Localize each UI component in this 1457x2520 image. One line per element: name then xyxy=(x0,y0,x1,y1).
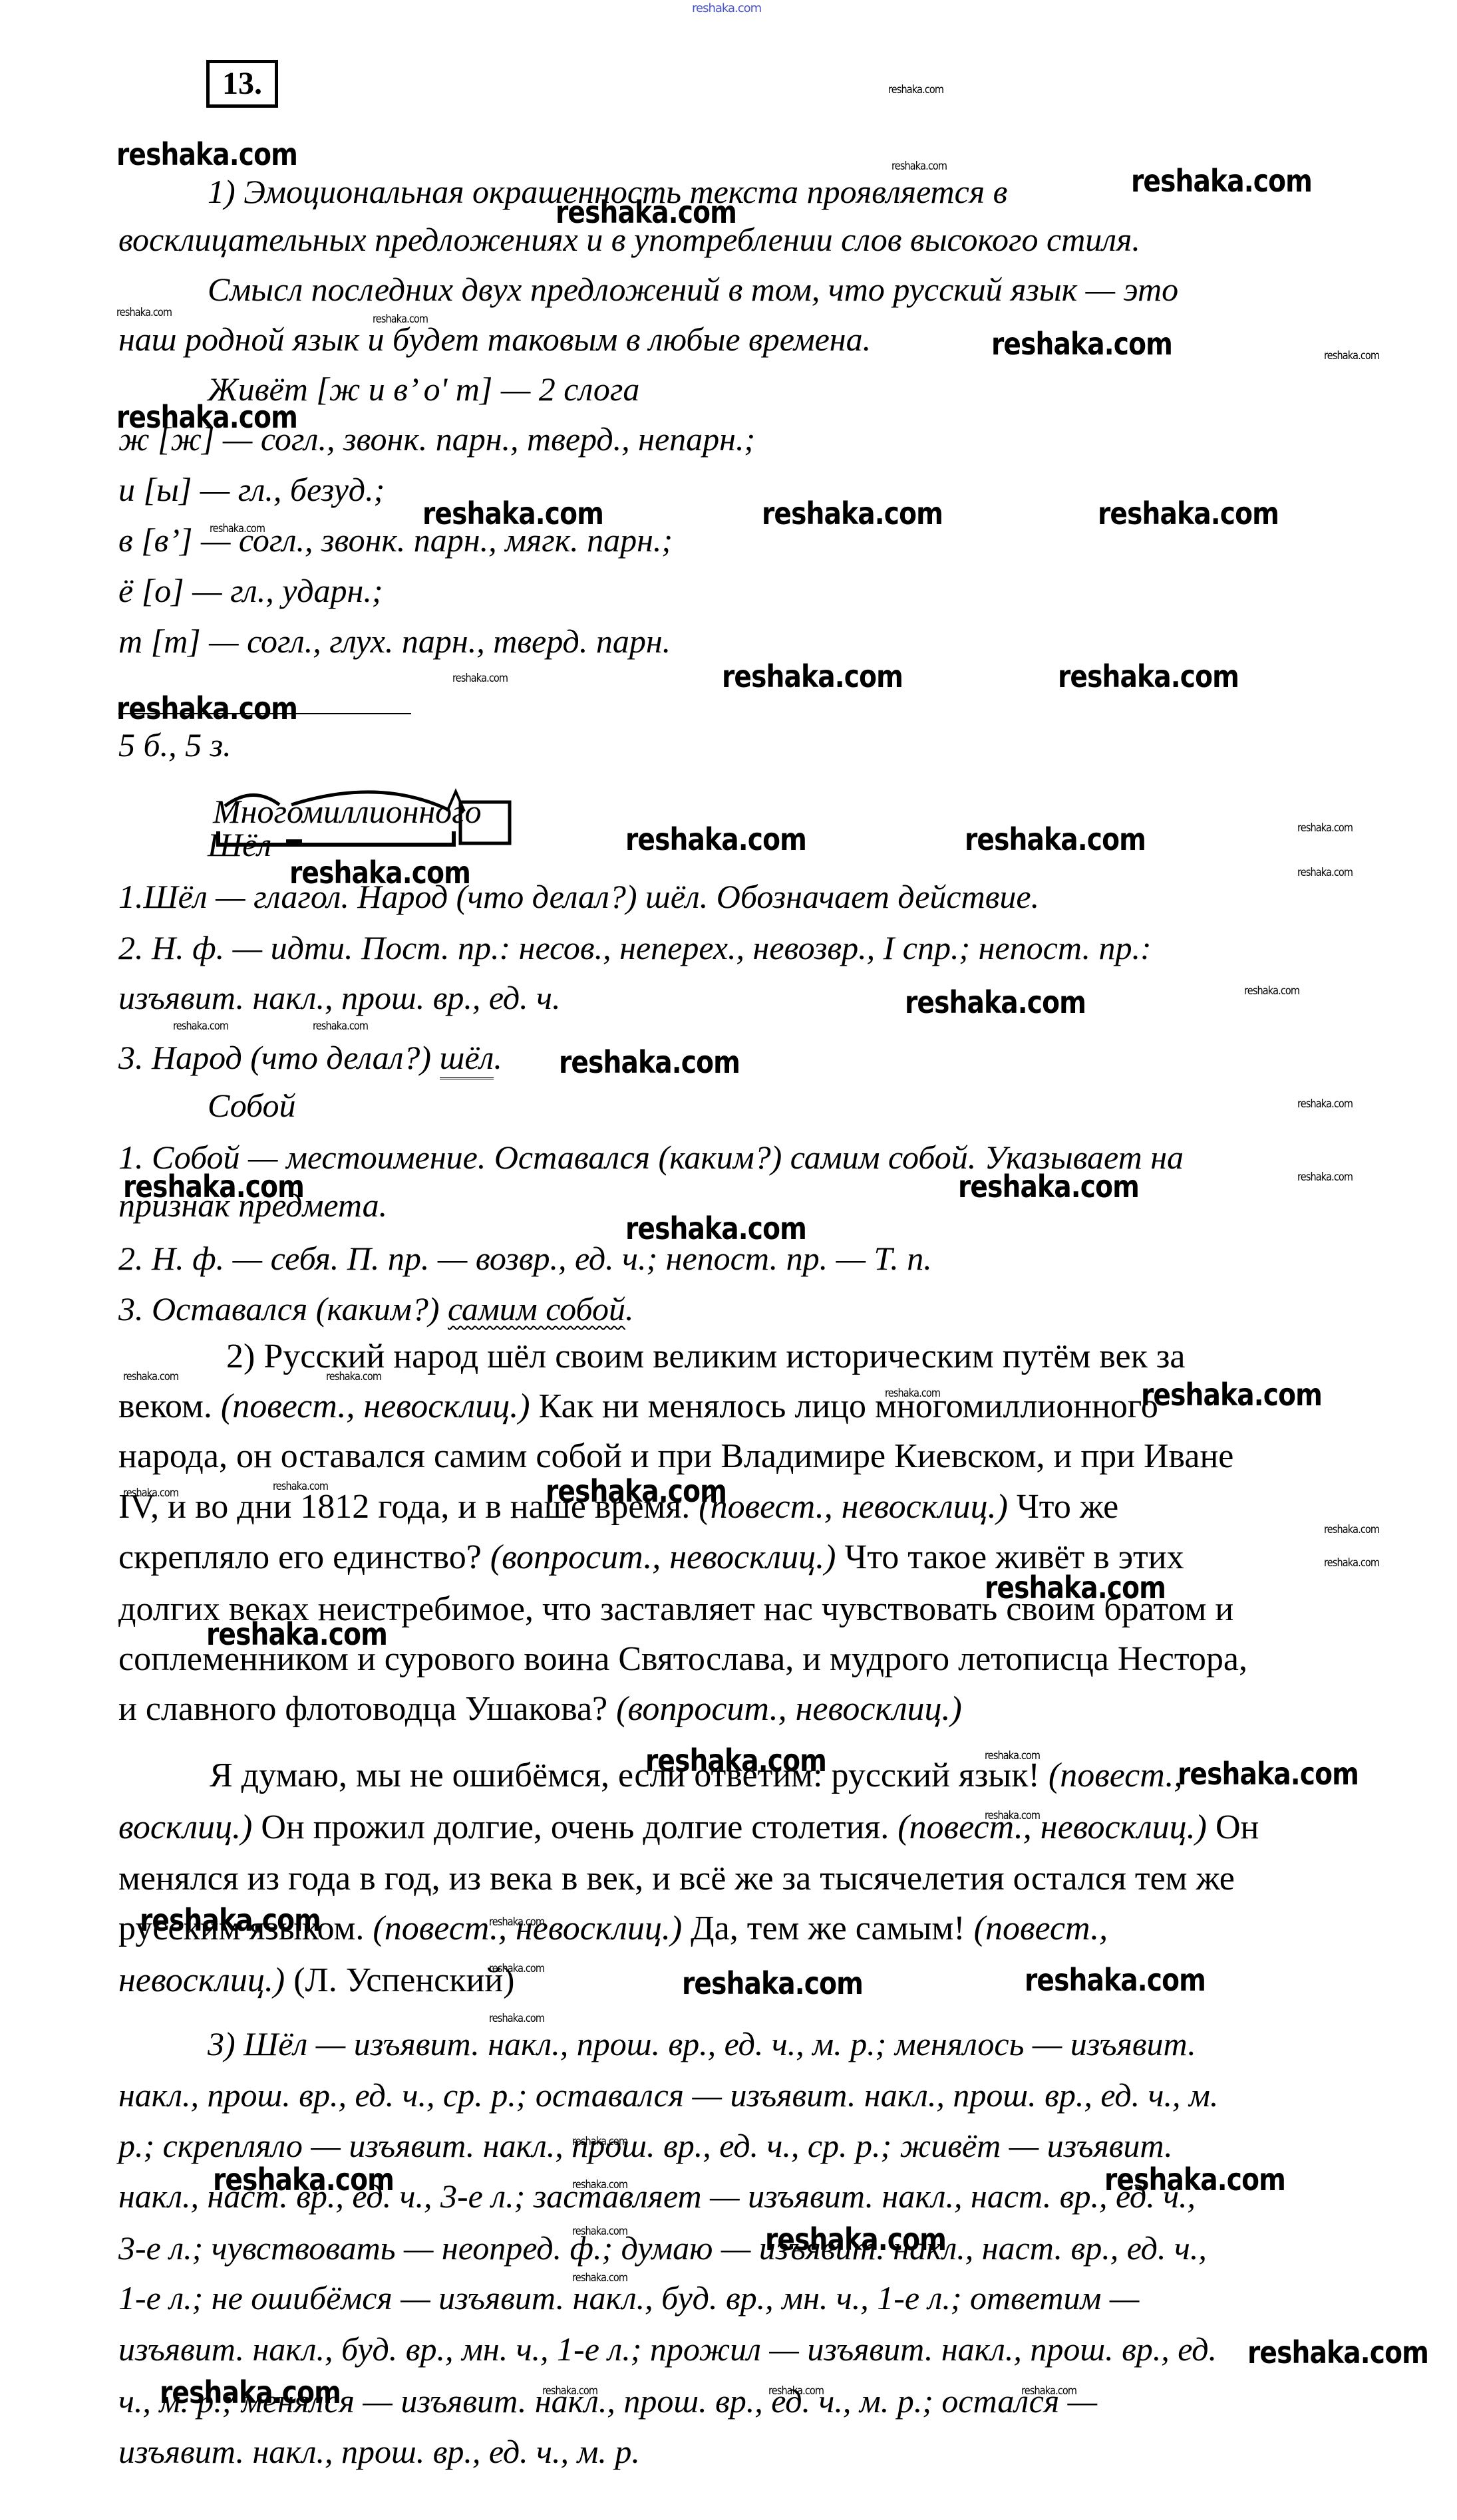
watermark: reshaka.com xyxy=(645,1743,826,1778)
watermark: reshaka.com xyxy=(965,821,1146,857)
verb-analysis-line: 3-е л.; чувствовать — неопред. ф.; думаю… xyxy=(118,2228,1207,2268)
watermark: reshaka.com xyxy=(1098,495,1279,531)
sentence-annotation: (повест., невосклиц.) xyxy=(699,1488,1008,1526)
watermark: reshaka.com xyxy=(546,1473,727,1509)
verb-analysis-line: р.; скрепляло — изъявит. накл., прош. вр… xyxy=(118,2126,1173,2166)
sentence-annotation: (вопросит., невосклиц.) xyxy=(490,1538,836,1576)
watermark: reshaka.com xyxy=(1324,1556,1379,1570)
sentence-annotation: восклиц.) xyxy=(118,1808,252,1846)
passage-line: народа, он оставался самим собой и при В… xyxy=(118,1437,1233,1476)
sentence-annotation: (вопросит., невосклиц.) xyxy=(616,1690,962,1728)
phonetic-row: и [ы] — гл., безуд.; xyxy=(118,470,385,509)
verb-analysis-line: изъявит. накл., прош. вр., ед. ч., м. р. xyxy=(118,2432,640,2471)
watermark: reshaka.com xyxy=(289,855,470,891)
phonetic-row: ё [о] — гл., ударн.; xyxy=(118,571,383,611)
watermark: reshaka.com xyxy=(572,2271,627,2285)
soboy-row-3-text: 3. Оставался (каким?) xyxy=(118,1290,448,1328)
passage-line: невосклиц.) (Л. Успенский) xyxy=(118,1961,515,2001)
sentence-annotation: (повест., невосклиц.) xyxy=(897,1808,1207,1846)
watermark: reshaka.com xyxy=(210,522,265,535)
watermark: reshaka.com xyxy=(542,2384,597,2398)
watermark: reshaka.com xyxy=(559,1044,740,1080)
soboy-row-3-end: . xyxy=(625,1290,634,1328)
watermark: reshaka.com xyxy=(891,160,947,173)
passage-text: Что же xyxy=(1008,1488,1118,1526)
watermark: reshaka.com xyxy=(313,1020,368,1033)
watermark: reshaka.com xyxy=(985,1570,1166,1606)
shel-row-3-end: . xyxy=(494,1039,502,1076)
soboy-row-3: 3. Оставался (каким?) самим собой. xyxy=(118,1289,633,1329)
watermark: reshaka.com xyxy=(116,690,297,726)
watermark: reshaka.com xyxy=(722,658,903,694)
watermark: reshaka.com xyxy=(905,984,1086,1020)
watermark: reshaka.com xyxy=(1297,1171,1353,1184)
watermark: reshaka.com xyxy=(489,1915,544,1929)
shel-title: Шёл xyxy=(208,825,271,865)
watermark: reshaka.com xyxy=(160,2374,341,2410)
verb-analysis-line: 3) Шёл — изъявит. накл., прош. вр., ед. … xyxy=(208,2024,1196,2064)
watermark: reshaka.com xyxy=(991,326,1172,362)
watermark: reshaka.com xyxy=(123,1169,304,1204)
watermark: reshaka.com xyxy=(572,2178,627,2191)
verb-analysis-line: изъявит. накл., буд. вр., мн. ч., 1-е л.… xyxy=(118,2329,1217,2369)
paragraph-2-line-1: Смысл последних двух предложений в том, … xyxy=(208,269,1178,309)
watermark: reshaka.com xyxy=(765,2221,946,2257)
watermark: reshaka.com xyxy=(116,136,297,172)
passage-text: (Л. Успенский) xyxy=(285,1961,514,1999)
watermark: reshaka.com xyxy=(682,1965,863,2001)
verb-analysis-line: 1-е л.; не ошибёмся — изъявит. накл., бу… xyxy=(118,2278,1139,2318)
sentence-annotation: невосклиц.) xyxy=(118,1961,285,1999)
passage-text: Он xyxy=(1207,1808,1259,1846)
passage-text: и славного флотоводца Ушакова? xyxy=(118,1690,616,1728)
watermark: reshaka.com xyxy=(572,2135,627,2148)
passage-text: веком. xyxy=(118,1387,221,1425)
watermark: reshaka.com xyxy=(452,672,508,685)
watermark: reshaka.com xyxy=(123,1370,178,1383)
watermark: reshaka.com xyxy=(1297,866,1353,879)
exercise-number: 13. xyxy=(206,60,278,108)
watermark: reshaka.com xyxy=(1058,658,1239,694)
passage-line: менялся из года в год, из века в век, и … xyxy=(118,1859,1235,1899)
shel-row-3: 3. Народ (что делал?) шёл. xyxy=(118,1038,502,1077)
soboy-row: 2. Н. ф. — себя. П. пр. — возвр., ед. ч.… xyxy=(118,1238,932,1278)
watermark: reshaka.com xyxy=(1297,821,1353,835)
watermark: reshaka.com xyxy=(206,1616,387,1652)
watermark: reshaka.com xyxy=(1021,2384,1076,2398)
sentence-annotation: (повест., невосклиц.) xyxy=(221,1387,530,1425)
watermark: reshaka.com xyxy=(625,821,806,857)
watermark: reshaka.com xyxy=(140,1902,321,1938)
shel-row-3-text: 3. Народ (что делал?) xyxy=(118,1039,440,1076)
sentence-annotation: (повест., xyxy=(974,1909,1108,1947)
predicate-underlined: шёл xyxy=(440,1039,494,1079)
watermark: reshaka.com xyxy=(273,1480,328,1493)
watermark: reshaka.com xyxy=(572,2225,627,2238)
passage-text: скрепляло его единство? xyxy=(118,1538,490,1576)
watermark: reshaka.com xyxy=(958,1169,1139,1204)
watermark: reshaka.com xyxy=(1025,1962,1206,1998)
watermark: reshaka.com xyxy=(985,1749,1040,1762)
passage-text: Он прожил долгие, очень долгие столетия. xyxy=(252,1808,897,1846)
watermark: reshaka.com xyxy=(213,2162,394,2197)
watermark: reshaka.com xyxy=(1297,1097,1353,1111)
watermark: reshaka.com xyxy=(762,495,943,531)
watermark: reshaka.com xyxy=(625,1210,806,1246)
shel-row: 2. Н. ф. — идти. Пост. пр.: несов., непе… xyxy=(118,928,1152,968)
watermark: reshaka.com xyxy=(326,1370,381,1383)
passage-line: восклиц.) Он прожил долгие, очень долгие… xyxy=(118,1808,1259,1848)
watermark: reshaka.com xyxy=(489,2012,544,2025)
shel-row: 1.Шёл — глагол. Народ (что делал?) шёл. … xyxy=(118,877,1039,916)
sentence-annotation: (повест., xyxy=(1049,1756,1183,1794)
passage-text: Я думаю, мы не ошибёмся, если ответим: р… xyxy=(210,1756,1049,1794)
phonetic-total: 5 б., 5 з. xyxy=(118,725,232,765)
watermark: reshaka.com xyxy=(885,1387,940,1400)
passage-text: народа, он оставался самим собой и при В… xyxy=(118,1437,1233,1475)
watermark: reshaka.com xyxy=(422,495,603,531)
watermark-top: reshaka.com xyxy=(692,1,761,15)
passage-line: веком. (повест., невосклиц.) Как ни меня… xyxy=(118,1387,1158,1427)
verb-analysis-line: накл., прош. вр., ед. ч., ср. р.; остава… xyxy=(118,2075,1218,2115)
watermark: reshaka.com xyxy=(556,194,736,230)
passage-text: менялся из года в год, из века в век, и … xyxy=(118,1860,1235,1897)
watermark: reshaka.com xyxy=(173,1020,228,1033)
watermark: reshaka.com xyxy=(1324,1523,1379,1536)
watermark: reshaka.com xyxy=(1104,2162,1285,2197)
watermark: reshaka.com xyxy=(116,306,172,319)
watermark: reshaka.com xyxy=(489,1962,544,1975)
passage-text: Как ни менялось лицо многомиллионного xyxy=(530,1387,1158,1425)
watermark: reshaka.com xyxy=(116,399,297,435)
passage-text: Да, тем же самым! xyxy=(682,1909,973,1947)
watermark: reshaka.com xyxy=(1141,1377,1322,1413)
watermark: reshaka.com xyxy=(1131,163,1312,199)
watermark: reshaka.com xyxy=(1178,1756,1359,1792)
predicative-underlined: самим собой xyxy=(448,1290,625,1328)
watermark: reshaka.com xyxy=(373,313,428,326)
watermark: reshaka.com xyxy=(1247,2334,1428,2370)
phonetic-row: т [т] — согл., глух. парн., тверд. парн. xyxy=(118,621,671,661)
watermark: reshaka.com xyxy=(123,1486,178,1500)
watermark: reshaka.com xyxy=(1324,349,1379,362)
passage-line: и славного флотоводца Ушакова? (вопросит… xyxy=(118,1689,962,1729)
watermark: reshaka.com xyxy=(985,1809,1040,1822)
shel-row: изъявит. накл., прош. вр., ед. ч. xyxy=(118,978,561,1018)
watermark: reshaka.com xyxy=(768,2384,824,2398)
watermark: reshaka.com xyxy=(1244,984,1299,998)
watermark: reshaka.com xyxy=(888,83,943,96)
paragraph-2-line-2: наш родной язык и будет таковым в любые … xyxy=(118,319,871,359)
soboy-title: Собой xyxy=(208,1085,296,1125)
